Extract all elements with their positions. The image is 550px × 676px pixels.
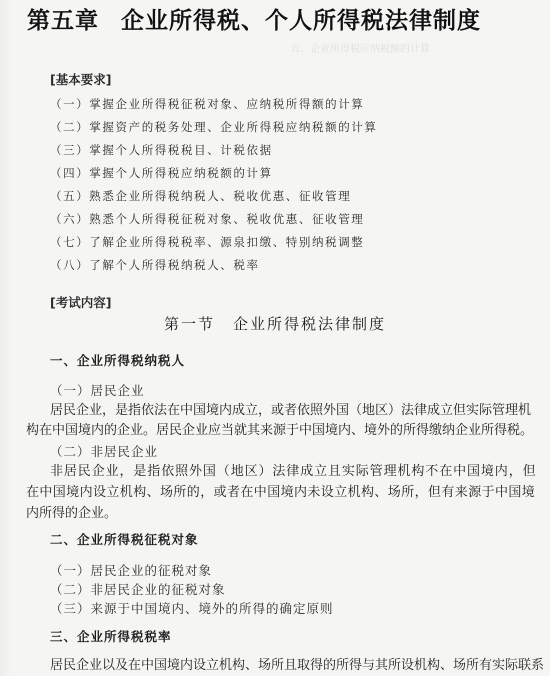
part2-item: （一）居民企业的征税对象 [50, 561, 212, 579]
requirement-item: （七）了解企业所得税税率、源泉扣缴、特别纳税调整 [50, 234, 364, 250]
chapter-title-text: 企业所得税、个人所得税法律制度 [121, 7, 481, 34]
document-page: 五、企业所得税应纳税额的计算 第五章企业所得税、个人所得税法律制度 [基本要求]… [0, 0, 550, 676]
requirement-item: （一）掌握企业所得税征税对象、应纳税所得额的计算 [50, 96, 364, 112]
part2-item: （三）来源于中国境内、境外的所得的确定原则 [50, 599, 334, 617]
part3-paragraph-line: 居民企业以及在中国境内设立机构、场所且取得的所得与其所设机构、场所有实际联系 [50, 655, 544, 676]
part1-sub2-heading: （二）非居民企业 [50, 442, 158, 460]
part1-sub2-paragraph-line: 内所得的企业。 [26, 503, 117, 524]
requirement-item: （八）了解个人所得税纳税人、税率 [50, 257, 260, 273]
chapter-number: 第五章 [27, 7, 99, 34]
part1-sub2-paragraph-line: 非居民企业，是指依照外国（地区）法律成立且实际管理机构不在中国境内，但 [50, 461, 537, 482]
requirement-item: （三）掌握个人所得税税目、计税依据 [50, 142, 273, 158]
exam-content-heading: [考试内容] [50, 293, 111, 311]
part1-heading: 一、企业所得税纳税人 [50, 351, 185, 369]
section-title-text: 企业所得税法律制度 [233, 315, 386, 333]
requirement-item: （二）掌握资产的税务处理、企业所得税应纳税额的计算 [50, 119, 378, 135]
requirement-item: （五）熟悉企业所得税纳税人、税收优惠、征收管理 [50, 188, 351, 204]
part1-sub1-heading: （一）居民企业 [50, 381, 145, 399]
part1-sub2-paragraph-line: 在中国境内设立机构、场所的，或者在中国境内未设立机构、场所，但有来源于中国境 [26, 482, 535, 503]
chapter-title: 第五章企业所得税、个人所得税法律制度 [27, 2, 481, 35]
part3-heading: 三、企业所得税税率 [50, 627, 172, 645]
bleed-through-text: 五、企业所得税应纳税额的计算 [290, 40, 430, 55]
part2-item: （二）非居民企业的征税对象 [50, 580, 226, 598]
requirement-item: （六）熟悉个人所得税征税对象、税收优惠、征收管理 [50, 211, 364, 227]
part1-sub1-paragraph-line: 居民企业，是指依法在中国境内成立，或者依照外国（地区）法律成立但实际管理机 [50, 400, 531, 421]
section-number: 第一节 [164, 315, 215, 333]
basic-requirements-heading: [基本要求] [50, 70, 111, 88]
part1-sub1-paragraph-line: 构在中国境内的企业。居民企业应当就其来源于中国境内、境外的所得缴纳企业所得税。 [26, 420, 533, 441]
part2-heading: 二、企业所得税征税对象 [50, 530, 199, 548]
requirement-item: （四）掌握个人所得税应纳税额的计算 [50, 165, 273, 181]
section-title: 第一节企业所得税法律制度 [0, 313, 550, 334]
